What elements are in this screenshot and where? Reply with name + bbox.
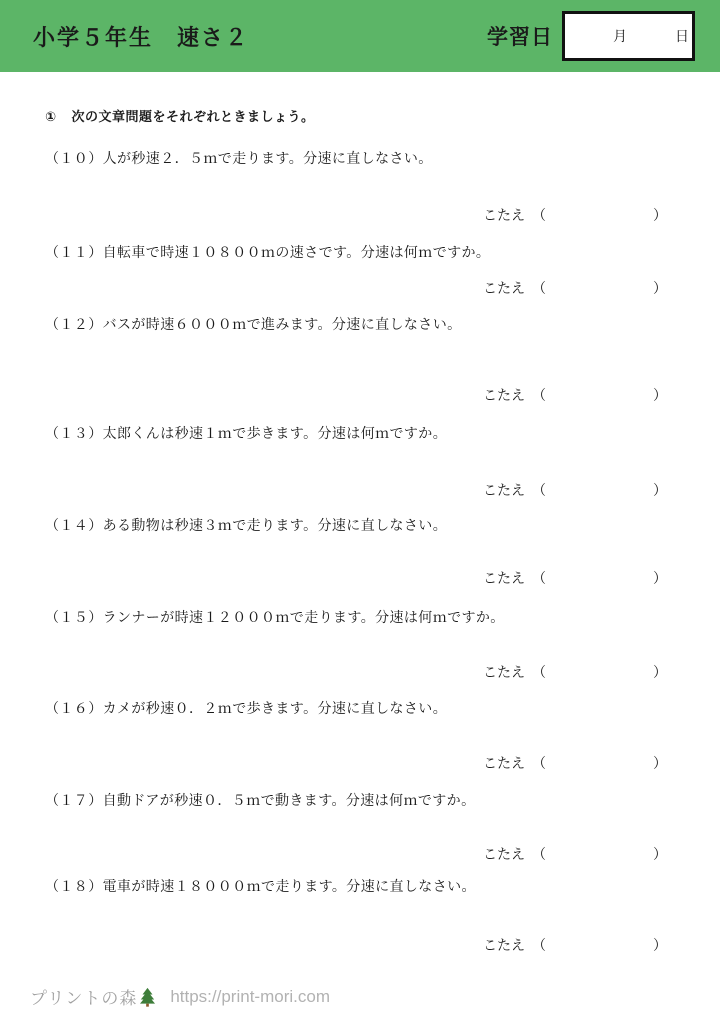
answer-open-paren: （	[532, 278, 546, 298]
day-label: 日	[675, 14, 689, 58]
answer-open-paren: （	[532, 753, 546, 773]
problem-number: （１７）	[45, 792, 103, 808]
answer-close-paren: ）	[653, 480, 667, 500]
answer-close-paren: ）	[653, 278, 667, 298]
worksheet-title: 小学５年生 速さ２	[33, 0, 249, 72]
answer-label: こたえ	[483, 205, 525, 225]
worksheet-page: 小学５年生 速さ２ 学習日 月 日 ①次の文章問題をそれぞれときましょう。 （１…	[0, 0, 720, 1024]
problem-question: （１４）ある動物は秒速３ｍで走ります。分速に直しなさい。	[45, 515, 447, 535]
problem-number: （１０）	[45, 150, 103, 166]
problem-question: （１７）自動ドアが秒速０．５ｍで動きます。分速は何ｍですか。	[45, 790, 475, 810]
header-bar: 小学５年生 速さ２ 学習日 月 日	[0, 0, 720, 72]
problem-number: （１５）	[45, 609, 103, 625]
problem-question: （１８）電車が時速１８０００ｍで走ります。分速に直しなさい。	[45, 876, 476, 896]
problem-text: 自転車で時速１０８００ｍの速さです。分速は何ｍですか。	[103, 244, 491, 260]
answer-line: こたえ （ ）	[483, 844, 667, 864]
answer-line: こたえ （ ）	[483, 480, 667, 500]
answer-close-paren: ）	[653, 844, 667, 864]
answer-close-paren: ）	[653, 205, 667, 225]
site-url: https://print-mori.com	[170, 987, 330, 1007]
problem-question: （１５）ランナーが時速１２０００ｍで走ります。分速は何ｍですか。	[45, 607, 505, 627]
problem-text: カメが秒速０．２ｍで歩きます。分速に直しなさい。	[103, 700, 447, 716]
problem-question: （１２）バスが時速６０００ｍで進みます。分速に直しなさい。	[45, 314, 462, 334]
footer: プリントの森 https://print-mori.com	[30, 984, 330, 1009]
problem-question: （１１）自転車で時速１０８００ｍの速さです。分速は何ｍですか。	[45, 242, 490, 262]
answer-label: こたえ	[483, 844, 525, 864]
answer-label: こたえ	[483, 935, 525, 955]
problem-number: （１８）	[45, 878, 103, 894]
answer-open-paren: （	[532, 935, 546, 955]
answer-line: こたえ （ ）	[483, 205, 667, 225]
problem-text: 自動ドアが秒速０．５ｍで動きます。分速は何ｍですか。	[103, 792, 476, 808]
answer-open-paren: （	[532, 205, 546, 225]
answer-label: こたえ	[483, 385, 525, 405]
problem-number: （１６）	[45, 700, 103, 716]
site-name: プリントの森	[30, 984, 137, 1009]
answer-close-paren: ）	[653, 753, 667, 773]
answer-label: こたえ	[483, 278, 525, 298]
problem-text: ランナーが時速１２０００ｍで走ります。分速は何ｍですか。	[103, 609, 505, 625]
instruction-number: ①	[45, 109, 57, 124]
problem-text: ある動物は秒速３ｍで走ります。分速に直しなさい。	[103, 517, 447, 533]
answer-open-paren: （	[532, 385, 546, 405]
problem-question: （１６）カメが秒速０．２ｍで歩きます。分速に直しなさい。	[45, 698, 447, 718]
answer-open-paren: （	[532, 662, 546, 682]
answer-open-paren: （	[532, 480, 546, 500]
problem-text: 電車が時速１８０００ｍで走ります。分速に直しなさい。	[103, 878, 476, 894]
answer-close-paren: ）	[653, 568, 667, 588]
answer-close-paren: ）	[653, 662, 667, 682]
instruction-line: ①次の文章問題をそれぞれときましょう。	[45, 107, 315, 127]
problem-question: （１３）太郎くんは秒速１ｍで歩きます。分速は何ｍですか。	[45, 423, 447, 443]
answer-line: こたえ （ ）	[483, 568, 667, 588]
study-date-label: 学習日	[487, 0, 553, 72]
answer-open-paren: （	[532, 844, 546, 864]
answer-line: こたえ （ ）	[483, 385, 667, 405]
problem-number: （１２）	[45, 316, 103, 332]
evergreen-tree-icon	[139, 987, 156, 1007]
problem-number: （１４）	[45, 517, 103, 533]
problem-text: バスが時速６０００ｍで進みます。分速に直しなさい。	[103, 316, 462, 332]
answer-label: こたえ	[483, 568, 525, 588]
answer-label: こたえ	[483, 480, 525, 500]
month-label: 月	[613, 14, 627, 58]
answer-line: こたえ （ ）	[483, 662, 667, 682]
answer-open-paren: （	[532, 568, 546, 588]
problem-number: （１１）	[45, 244, 103, 260]
answer-line: こたえ （ ）	[483, 278, 667, 298]
problem-text: 太郎くんは秒速１ｍで歩きます。分速は何ｍですか。	[103, 425, 447, 441]
problem-question: （１０）人が秒速２．５ｍで走ります。分速に直しなさい。	[45, 148, 433, 168]
answer-label: こたえ	[483, 753, 525, 773]
problem-text: 人が秒速２．５ｍで走ります。分速に直しなさい。	[103, 150, 433, 166]
answer-close-paren: ）	[653, 385, 667, 405]
problem-number: （１３）	[45, 425, 103, 441]
answer-close-paren: ）	[653, 935, 667, 955]
answer-label: こたえ	[483, 662, 525, 682]
instruction-text: 次の文章問題をそれぞれときましょう。	[72, 109, 315, 124]
date-entry-box[interactable]: 月 日	[562, 11, 695, 61]
answer-line: こたえ （ ）	[483, 753, 667, 773]
answer-line: こたえ （ ）	[483, 935, 667, 955]
